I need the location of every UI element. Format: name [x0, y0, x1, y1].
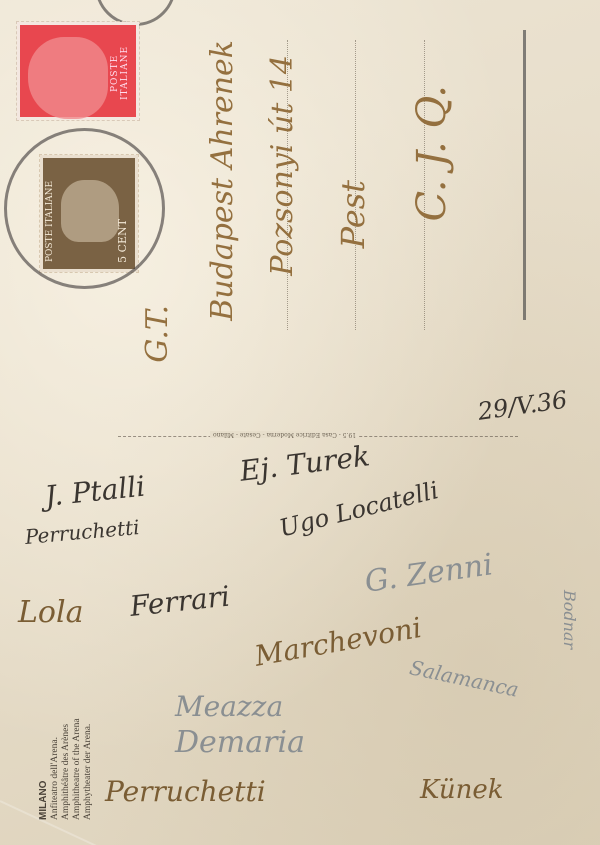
- signature: Perruchetti: [24, 515, 140, 549]
- signature: Salamanca: [408, 655, 521, 702]
- signature: G. Zenni: [363, 547, 495, 600]
- date: 29/V.36: [476, 386, 569, 426]
- address-line-3: Pest: [334, 180, 372, 248]
- signature: Demaria: [175, 725, 305, 760]
- caption-line: Amphytheater der Arena.: [83, 724, 93, 820]
- address-line-2: Pozsonyi út 14: [265, 55, 300, 276]
- signature: Ugo Locatelli: [277, 476, 442, 543]
- address-border: [523, 30, 526, 320]
- caption-city: MILANO: [38, 781, 49, 820]
- portrait-icon: [28, 37, 108, 119]
- signature: Ferrari: [128, 580, 231, 623]
- address-line-4: C. J. Q.: [409, 85, 455, 221]
- stamp-country-text: POSTE ITALIANE: [110, 31, 132, 115]
- stamp-red-postage: POSTE ITALIANE: [17, 22, 139, 120]
- address-salutation: G.T.: [140, 305, 175, 363]
- signature: Ej. Turek: [238, 439, 372, 488]
- signature: J. Ptalli: [43, 470, 146, 513]
- caption-line: Amphithéâtre des Arènes: [61, 724, 71, 820]
- postcard-back: POSTE ITALIANE POSTE ITALIANE 5 CENT Bud…: [0, 0, 600, 845]
- postmark-circle: [4, 128, 165, 289]
- printer-imprint: 19.5 - Casa Editrice Moderna - Cesate - …: [210, 431, 359, 438]
- caption-line: Amphitheatre of the Arena: [72, 718, 82, 820]
- signature: Meazza: [175, 690, 283, 723]
- signature: Künek: [420, 775, 503, 805]
- picture-caption: MILANO Anfiteatro dell'Arena. Amphithéât…: [38, 620, 138, 820]
- signature: Marchevoni: [252, 611, 424, 673]
- caption-line: Anfiteatro dell'Arena.: [50, 737, 60, 820]
- signature: Bodnar: [560, 590, 579, 649]
- address-line-1: Budapest Ahrenek: [205, 40, 240, 321]
